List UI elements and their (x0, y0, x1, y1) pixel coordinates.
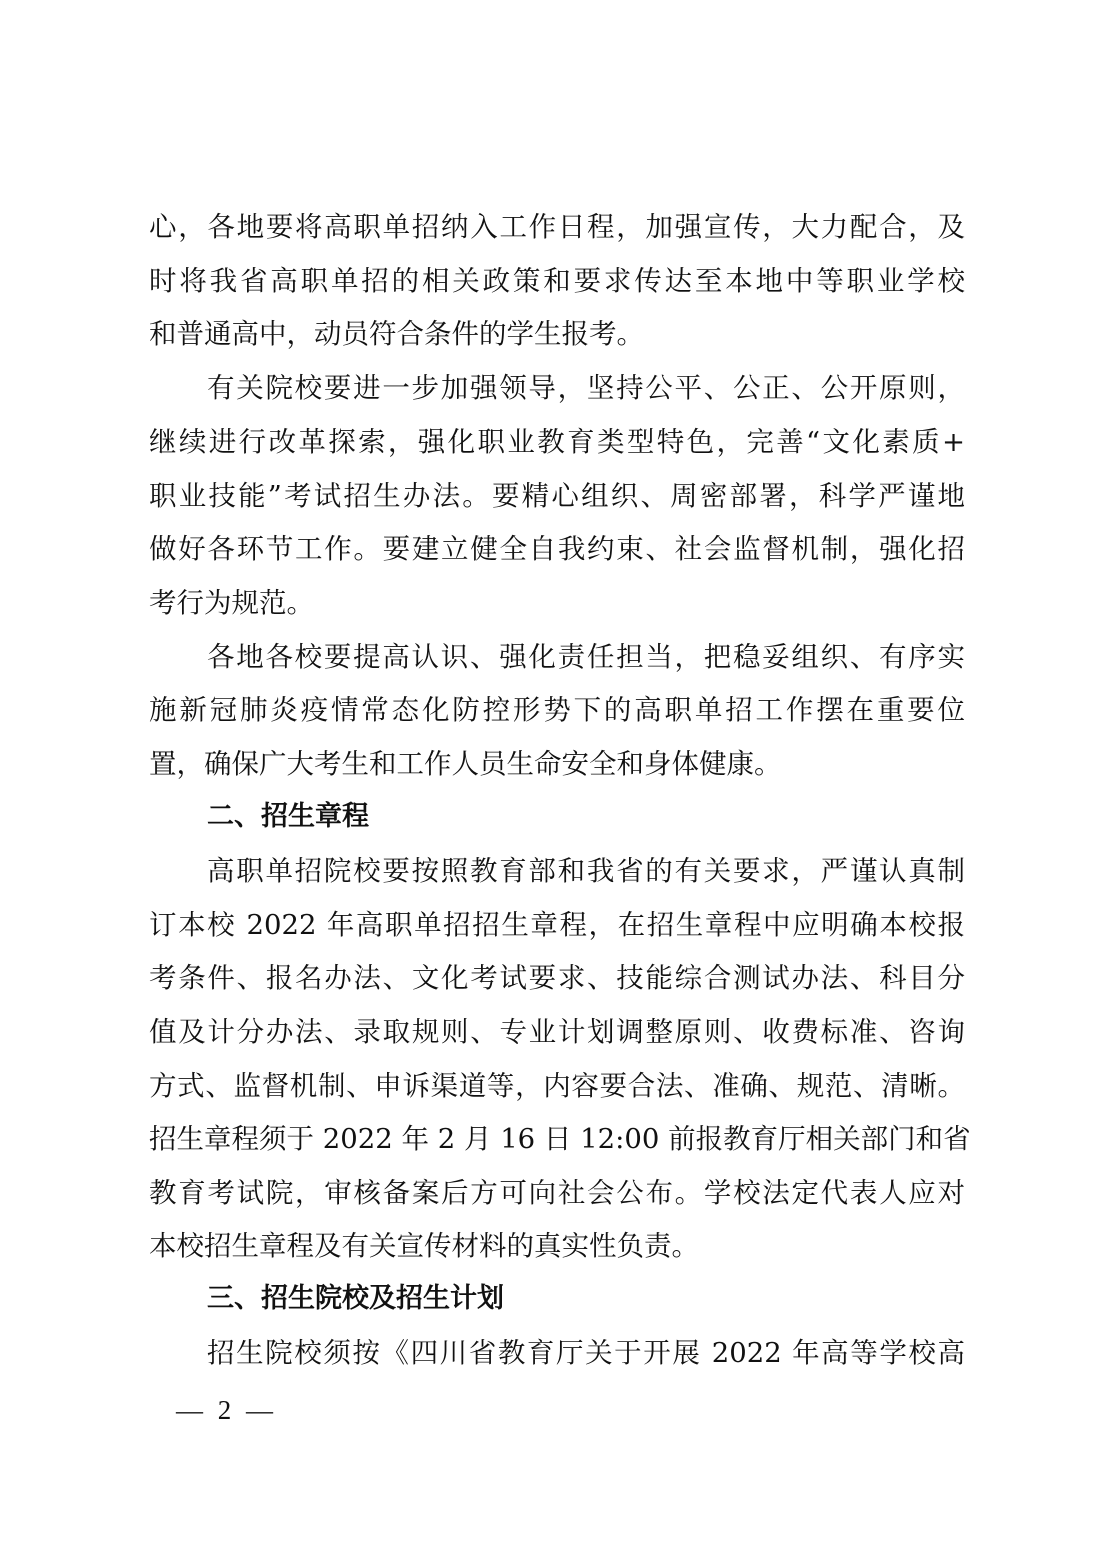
paragraph-line: 时将我省高职单招的相关政策和要求传达至本地中等职业学校 (149, 261, 965, 301)
paragraph-line: 继续进行改革探索，强化职业教育类型特色，完善“文化素质+ (149, 422, 965, 462)
paragraph-line: 值及计分办法、录取规则、专业计划调整原则、收费标准、咨询 (149, 1012, 965, 1052)
paragraph-line: 订本校 2022 年高职单招招生章程，在招生章程中应明确本校报 (149, 905, 965, 945)
paragraph-line: 各地各校要提高认识、强化责任担当，把稳妥组织、有序实 (207, 637, 965, 677)
paragraph-line: 教育考试院，审核备案后方可向社会公布。学校法定代表人应对 (149, 1173, 965, 1213)
section-heading: 二、招生章程 (207, 797, 369, 837)
section-heading: 三、招生院校及招生计划 (207, 1279, 504, 1319)
paragraph-line: 方式、监督机制、申诉渠道等，内容要合法、准确、规范、清晰。 (149, 1066, 965, 1106)
paragraph-line: 本校招生章程及有关宣传材料的真实性负责。 (149, 1226, 965, 1266)
paragraph-line: 考条件、报名办法、文化考试要求、技能综合测试办法、科目分 (149, 958, 965, 998)
paragraph-line: 高职单招院校要按照教育部和我省的有关要求，严谨认真制 (207, 851, 965, 891)
paragraph-line: 考行为规范。 (149, 583, 965, 623)
paragraph-line: 做好各环节工作。要建立健全自我约束、社会监督机制，强化招 (149, 529, 965, 569)
paragraph-line: 施新冠肺炎疫情常态化防控形势下的高职单招工作摆在重要位 (149, 690, 965, 730)
paragraph-line: 和普通高中，动员符合条件的学生报考。 (149, 314, 965, 354)
paragraph-line: 置，确保广大考生和工作人员生命安全和身体健康。 (149, 744, 965, 784)
paragraph-line: 招生章程须于 2022 年 2 月 16 日 12:00 前报教育厅相关部门和省 (149, 1119, 965, 1159)
paragraph-line: 有关院校要进一步加强领导，坚持公平、公正、公开原则， (207, 368, 965, 408)
paragraph-line: 职业技能”考试招生办法。要精心组织、周密部署，科学严谨地 (149, 476, 965, 516)
paragraph-line: 招生院校须按《四川省教育厅关于开展 2022 年高等学校高 (207, 1333, 965, 1373)
page-number: — 2 — (176, 1392, 277, 1428)
document-page: 心，各地要将高职单招纳入工作日程，加强宣传，大力配合，及 时将我省高职单招的相关… (0, 0, 1102, 1559)
paragraph-line: 心，各地要将高职单招纳入工作日程，加强宣传，大力配合，及 (149, 207, 965, 247)
